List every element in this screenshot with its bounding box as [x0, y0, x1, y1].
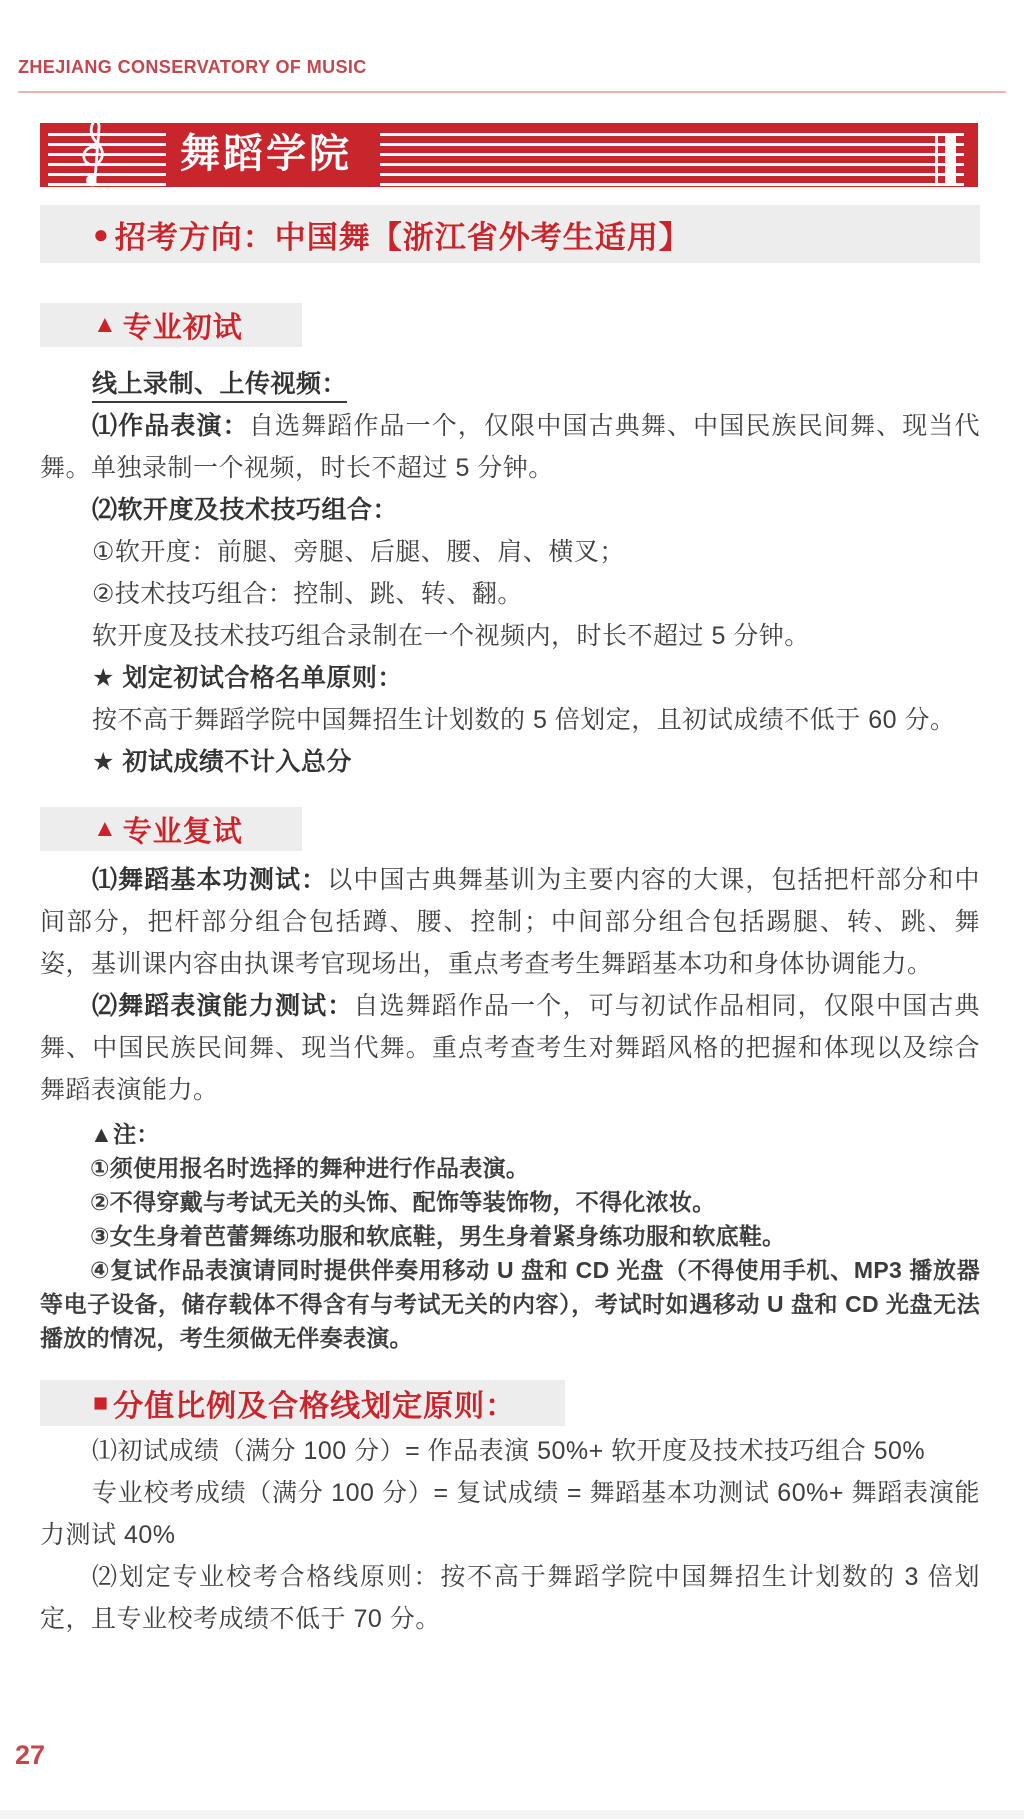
heading-second-round-exam-label: 专业复试	[123, 809, 243, 850]
page-number: 27	[15, 1740, 45, 1771]
heading-second-round-exam: ▲ 专业复试	[40, 807, 302, 851]
heading-admission-direction: ● 招考方向：中国舞【浙江省外考生适用】	[40, 205, 980, 263]
paragraph-basic-skills: ⑴舞蹈基本功测试：以中国古典舞基训为主要内容的大课，包括把杆部分和中间部分，把杆…	[40, 859, 980, 985]
heading-preliminary-exam: ▲ 专业初试	[40, 303, 302, 347]
paragraph-work-performance-lead: ⑴作品表演：	[92, 412, 249, 440]
heading-scoring-rules: ■ 分值比例及合格线划定原则：	[40, 1380, 565, 1426]
department-banner: 舞蹈学院	[40, 123, 978, 187]
note-item-4: ④复试作品表演请同时提供伴奏用移动 U 盘和 CD 光盘（不得使用手机、MP3 …	[40, 1253, 980, 1355]
staff-lines-left	[48, 123, 166, 187]
document-page: ZHEJIANG CONSERVATORY OF MUSIC 舞蹈学院 ● 招考…	[0, 0, 1024, 1819]
heading-scoring-rules-label: 分值比例及合格线划定原则：	[113, 1381, 516, 1425]
brand-header: ZHEJIANG CONSERVATORY OF MUSIC	[18, 0, 1024, 78]
staff-lines-right	[380, 123, 964, 187]
online-recording-title: 线上录制、上传视频：	[40, 363, 980, 405]
preliminary-exam-body: 线上录制、上传视频： ⑴作品表演：自选舞蹈作品一个，仅限中国古典舞、中国民族民间…	[40, 363, 980, 783]
square-bullet-icon: ■	[93, 1391, 108, 1416]
heading-preliminary-exam-label: 专业初试	[123, 305, 243, 346]
note-item-2: ②不得穿戴与考试无关的头饰、配饰等装饰物，不得化浓妆。	[40, 1185, 980, 1219]
banner-title: 舞蹈学院	[166, 123, 380, 187]
rule-pass-list-title: ★ 划定初试合格名单原则：	[40, 657, 980, 699]
paragraph-performance-ability: ⑵舞蹈表演能力测试：自选舞蹈作品一个，可与初试作品相同，仅限中国古典舞、中国民族…	[40, 985, 980, 1111]
paragraph-performance-ability-lead: ⑵舞蹈表演能力测试：	[92, 992, 353, 1020]
list-item-technique: ②技术技巧组合：控制、跳、转、翻。	[40, 573, 980, 615]
rule-score-not-counted: ★ 初试成绩不计入总分	[40, 741, 980, 783]
treble-clef-icon	[72, 117, 116, 193]
notes-title: ▲注：	[40, 1117, 980, 1151]
second-round-exam-body: ⑴舞蹈基本功测试：以中国古典舞基训为主要内容的大课，包括把杆部分和中间部分，把杆…	[40, 859, 980, 1111]
note-item-1: ①须使用报名时选择的舞种进行作品表演。	[40, 1151, 980, 1185]
bottom-edge-strip	[0, 1810, 1024, 1819]
triangle-bullet-icon: ▲	[93, 313, 117, 337]
notes-block: ▲注： ①须使用报名时选择的舞种进行作品表演。 ②不得穿戴与考试无关的头饰、配饰…	[40, 1117, 980, 1355]
paragraph-basic-skills-lead: ⑴舞蹈基本功测试：	[92, 866, 327, 894]
staff-end-barline-thin	[935, 133, 938, 186]
header-divider	[18, 91, 1006, 93]
paragraph-flexibility-lead: ⑵软开度及技术技巧组合：	[40, 489, 980, 531]
rule-pass-list-text: 按不高于舞蹈学院中国舞招生计划数的 5 倍划定，且初试成绩不低于 60 分。	[40, 699, 980, 741]
list-item-flexibility: ①软开度：前腿、旁腿、后腿、腰、肩、横叉；	[40, 531, 980, 573]
paragraph-work-performance: ⑴作品表演：自选舞蹈作品一个，仅限中国古典舞、中国民族民间舞、现当代舞。单独录制…	[40, 405, 980, 489]
heading-admission-direction-label: 招考方向：中国舞【浙江省外考生适用】	[115, 212, 691, 257]
scoring-passline-rule: ⑵划定专业校考合格线原则：按不高于舞蹈学院中国舞招生计划数的 3 倍划定，且专业…	[40, 1556, 980, 1640]
triangle-bullet-icon: ▲	[93, 817, 117, 841]
staff-end-barline-thick	[945, 133, 956, 186]
scoring-formula-preliminary: ⑴初试成绩（满分 100 分）= 作品表演 50%+ 软开度及技术技巧组合 50…	[40, 1430, 980, 1472]
scoring-rules-body: ⑴初试成绩（满分 100 分）= 作品表演 50%+ 软开度及技术技巧组合 50…	[40, 1430, 980, 1640]
circle-bullet-icon: ●	[93, 221, 109, 247]
scoring-formula-final: 专业校考成绩（满分 100 分）= 复试成绩 = 舞蹈基本功测试 60%+ 舞蹈…	[40, 1472, 980, 1556]
paragraph-recording-rule: 软开度及技术技巧组合录制在一个视频内，时长不超过 5 分钟。	[40, 615, 980, 657]
note-item-3: ③女生身着芭蕾舞练功服和软底鞋，男生身着紧身练功服和软底鞋。	[40, 1219, 980, 1253]
